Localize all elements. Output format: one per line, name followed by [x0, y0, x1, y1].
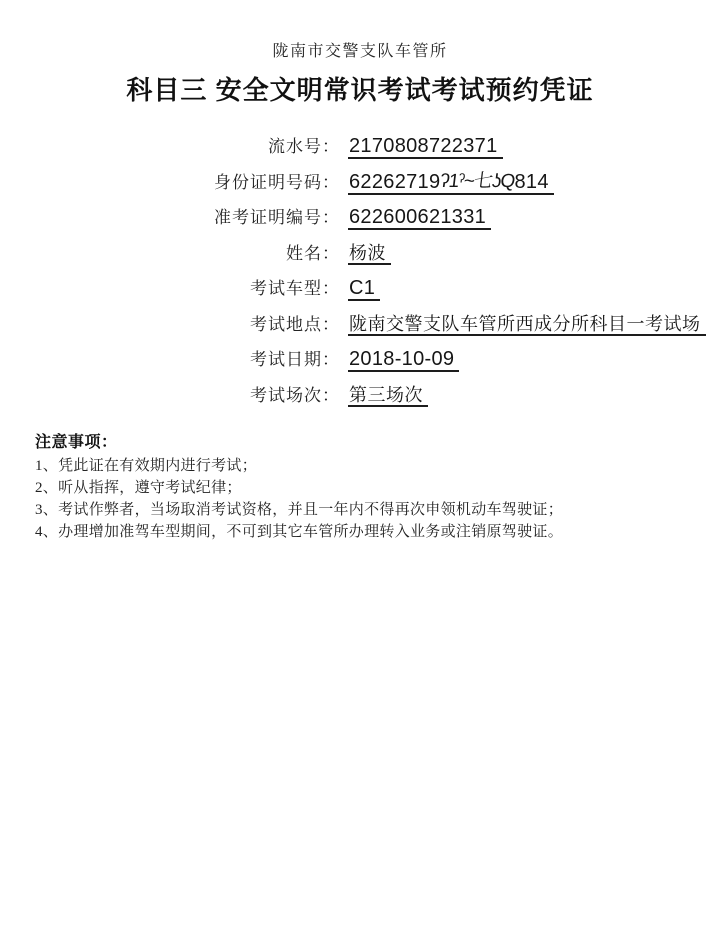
- field-value-exam-date: 2018-10-09: [348, 348, 459, 372]
- note-item-3: 3、考试作弊者，当场取消考试资格，并且一年内不得再次申领机动车驾驶证；: [35, 499, 700, 521]
- field-value-exam-location: 陇南交警支队车管所西成分所科目一考试场: [348, 314, 706, 336]
- field-label-id-number: 身份证明号码：: [0, 168, 340, 193]
- field-label-exam-location: 考试地点：: [0, 310, 340, 335]
- field-value-serial-number: 2170808722371: [348, 135, 503, 159]
- fields-section: 流水号： 2170808722371 身份证明号码： 62262719ʔ1ˀ~七…: [0, 132, 720, 416]
- field-row-permit-number: 准考证明编号： 622600621331: [0, 203, 720, 239]
- field-row-exam-location: 考试地点： 陇南交警支队车管所西成分所科目一考试场: [0, 310, 720, 346]
- note-item-2: 2、听从指挥，遵守考试纪律；: [35, 477, 700, 499]
- field-label-exam-session: 考试场次：: [0, 381, 340, 406]
- field-label-exam-date: 考试日期：: [0, 345, 340, 370]
- field-label-permit-number: 准考证明编号：: [0, 203, 340, 228]
- field-row-exam-date: 考试日期： 2018-10-09: [0, 345, 720, 381]
- field-value-id-number: 62262719ʔ1ˀ~七ʖQ814: [348, 171, 554, 195]
- field-label-vehicle-type: 考试车型：: [0, 274, 340, 299]
- field-row-vehicle-type: 考试车型： C1: [0, 274, 720, 310]
- field-label-name: 姓名：: [0, 239, 340, 264]
- id-number-obscured-segment: ʔ1ˀ~七ʖQ: [439, 171, 516, 192]
- field-row-serial-number: 流水号： 2170808722371: [0, 132, 720, 168]
- notes-section: 注意事项： 1、凭此证在有效期内进行考试； 2、听从指挥，遵守考试纪律； 3、考…: [35, 429, 700, 543]
- note-item-4: 4、办理增加准驾车型期间，不可到其它车管所办理转入业务或注销原驾驶证。: [35, 521, 700, 543]
- field-row-name: 姓名： 杨波: [0, 239, 720, 275]
- field-value-vehicle-type: C1: [348, 277, 380, 301]
- voucher-page: 陇南市交警支队车管所 科目三 安全文明常识考试考试预约凭证 流水号： 21708…: [0, 0, 720, 928]
- field-value-permit-number: 622600621331: [348, 206, 491, 230]
- field-value-exam-session: 第三场次: [348, 385, 428, 407]
- id-number-suffix: 814: [514, 171, 548, 193]
- notes-heading: 注意事项：: [35, 429, 700, 452]
- field-row-exam-session: 考试场次： 第三场次: [0, 381, 720, 417]
- field-row-id-number: 身份证明号码： 62262719ʔ1ˀ~七ʖQ814: [0, 168, 720, 204]
- field-label-serial-number: 流水号：: [0, 132, 340, 157]
- field-value-name: 杨波: [348, 243, 391, 265]
- id-number-prefix: 62262719: [349, 171, 440, 193]
- org-name: 陇南市交警支队车管所: [0, 38, 720, 61]
- note-item-1: 1、凭此证在有效期内进行考试；: [35, 455, 700, 477]
- page-title: 科目三 安全文明常识考试考试预约凭证: [0, 70, 720, 107]
